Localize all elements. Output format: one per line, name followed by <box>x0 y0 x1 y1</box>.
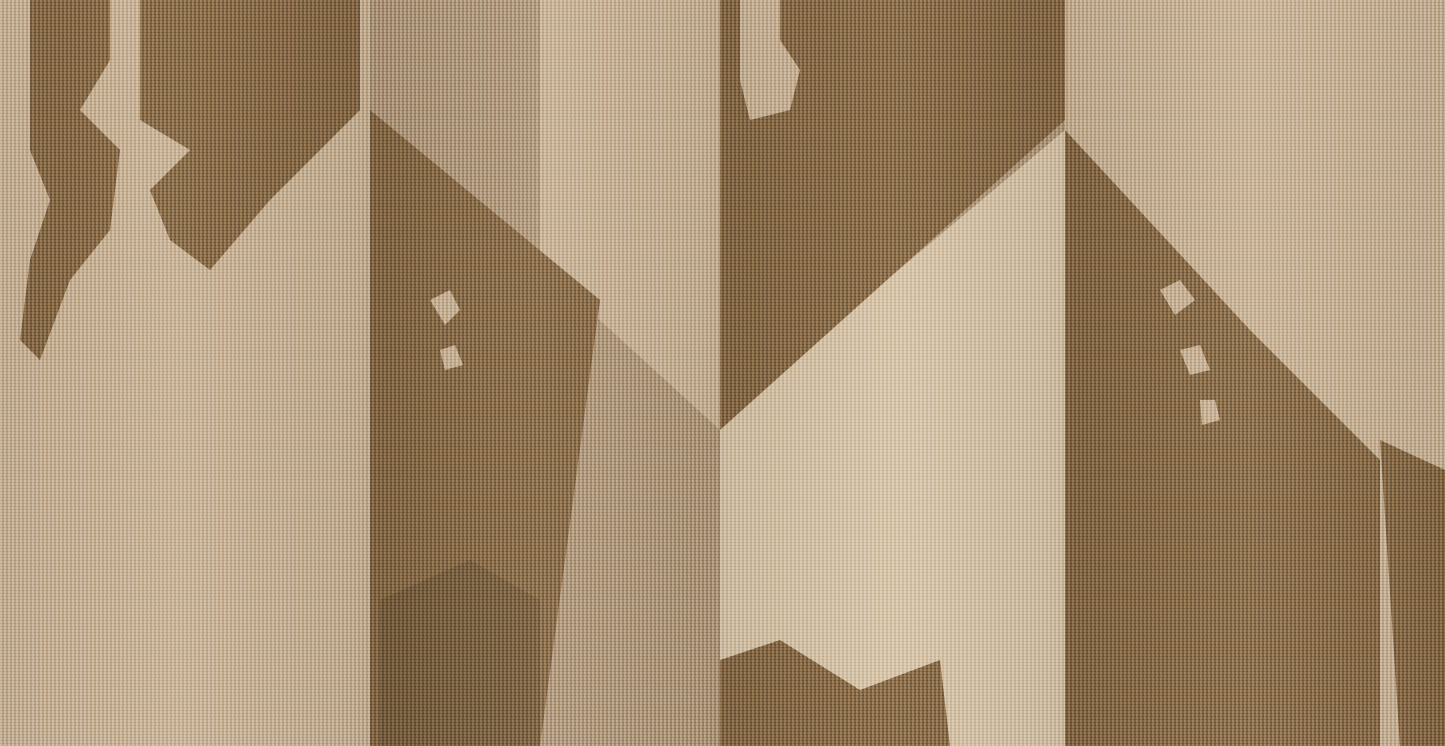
woven-pattern <box>0 0 1445 746</box>
fabric-photo <box>0 0 1445 746</box>
